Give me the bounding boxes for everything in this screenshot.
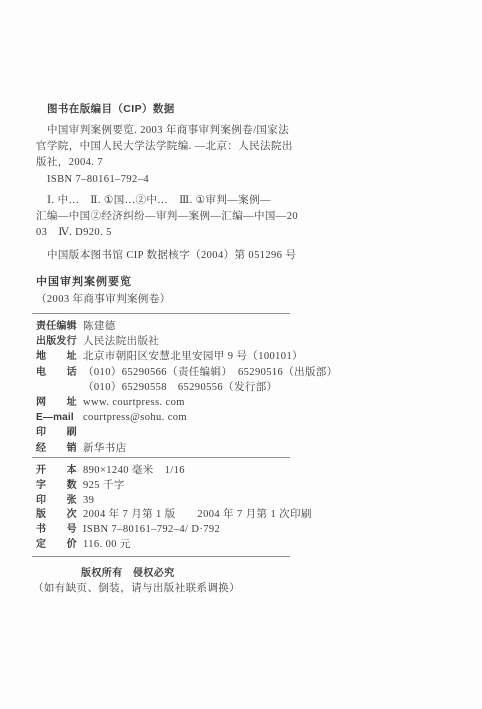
info-row-label: 印 刷: [36, 425, 77, 440]
cip-classification-line: Ⅰ. 中… Ⅱ. ①国…②中… Ⅲ. ①审判—案例—: [36, 193, 298, 209]
copyright-page: 图书在版编目（CIP）数据 中国审判案例要览. 2003 年商事审判案例卷/国家…: [0, 0, 482, 709]
cip-description: 中国审判案例要览. 2003 年商事审判案例卷/国家法 官学院，中国人民大学法学…: [36, 123, 293, 171]
divider-rule: [32, 556, 290, 557]
info-row: 开 本 890×1240 毫米 1/16: [36, 464, 312, 479]
cip-description-line: 官学院，中国人民大学法学院编. —北京：人民法院出: [36, 139, 293, 155]
info-row: 电 话 （010）65290566（责任编辑） 65290516（出版部）: [36, 365, 338, 380]
info-row-label: 字 数: [36, 479, 77, 494]
info-row-label: 版 次: [36, 508, 77, 523]
publication-info: 责任编辑 陈建德 出版发行 人民法院出版社 地 址 北京市朝阳区安慧北里安园甲 …: [36, 319, 338, 456]
info-row-value: 39: [83, 494, 94, 509]
book-title: 中国审判案例要览: [36, 273, 132, 289]
info-row-value: 116. 00 元: [83, 538, 131, 553]
info-row: 地 址 北京市朝阳区安慧北里安园甲 9 号（100101）: [36, 349, 338, 364]
info-row-label: [36, 380, 77, 395]
info-row-value: 2004 年 7 月第 1 版 2004 年 7 月第 1 次印刷: [83, 508, 312, 523]
info-row-label: E—mail: [36, 410, 77, 425]
info-row-label: 网 址: [36, 395, 77, 410]
info-row-value: www. courtpress. com: [83, 395, 185, 410]
info-row-value: 人民法院出版社: [83, 334, 159, 349]
info-row-label: 开 本: [36, 464, 77, 479]
info-row-value: 北京市朝阳区安慧北里安园甲 9 号（100101）: [83, 349, 303, 364]
divider-rule: [32, 457, 290, 458]
cip-record-number: 中国版本图书馆 CIP 数据核字（2004）第 051296 号: [36, 247, 296, 262]
info-row: 责任编辑 陈建德: [36, 319, 338, 334]
info-row-label: 电 话: [36, 365, 77, 380]
info-row: E—mail courtpress@sohu. com: [36, 410, 338, 425]
cip-heading: 图书在版编目（CIP）数据: [36, 101, 175, 116]
info-row-label: 地 址: [36, 349, 77, 364]
info-row: 出版发行 人民法院出版社: [36, 334, 338, 349]
info-row: 定 价 116. 00 元: [36, 538, 312, 553]
info-row: 印 刷: [36, 425, 338, 440]
info-row: （010）65290558 65290556（发行部）: [36, 380, 338, 395]
info-row: 字 数 925 千字: [36, 479, 312, 494]
info-row-value: （010）65290558 65290556（发行部）: [83, 380, 278, 395]
info-row-label: 经 销: [36, 441, 77, 456]
info-row: 印 张 39: [36, 494, 312, 509]
info-row-label: 定 价: [36, 538, 77, 553]
cip-classification-line: 03 Ⅳ. D920. 5: [36, 225, 298, 241]
info-row-value: 925 千字: [83, 479, 125, 494]
divider-rule: [32, 313, 290, 314]
cip-classification: Ⅰ. 中… Ⅱ. ①国…②中… Ⅲ. ①审判—案例— 汇编—中国②经济纠纷—审判…: [36, 193, 298, 241]
cip-description-line: 中国审判案例要览. 2003 年商事审判案例卷/国家法: [36, 123, 293, 139]
info-row: 版 次 2004 年 7 月第 1 版 2004 年 7 月第 1 次印刷: [36, 508, 312, 523]
info-row-value: 新华书店: [83, 441, 127, 456]
info-row-value: 陈建德: [83, 319, 116, 334]
book-subtitle: （2003 年商事审判案例卷）: [36, 291, 171, 306]
info-row-value: courtpress@sohu. com: [83, 410, 187, 425]
info-row-value: 890×1240 毫米 1/16: [83, 464, 185, 479]
info-row-label: 印 张: [36, 494, 77, 509]
copyright-notice: 版权所有 侵权必究: [33, 564, 175, 579]
print-info: 开 本 890×1240 毫米 1/16 字 数 925 千字 印 张 39 版…: [36, 464, 312, 553]
replacement-note: （如有缺页、倒装，请与出版社联系调换）: [33, 580, 240, 595]
info-row: 经 销 新华书店: [36, 441, 338, 456]
info-row: 书 号 ISBN 7–80161–792–4/ D·792: [36, 523, 312, 538]
info-row-value: （010）65290566（责任编辑） 65290516（出版部）: [83, 365, 338, 380]
info-row-label: 出版发行: [36, 334, 77, 349]
info-row-label: 责任编辑: [36, 319, 77, 334]
info-row: 网 址 www. courtpress. com: [36, 395, 338, 410]
cip-isbn: ISBN 7–80161–792–4: [36, 174, 149, 185]
info-row-value: ISBN 7–80161–792–4/ D·792: [83, 523, 220, 538]
cip-description-line: 版社，2004. 7: [36, 155, 293, 171]
info-row-label: 书 号: [36, 523, 77, 538]
cip-classification-line: 汇编—中国②经济纠纷—审判—案例—汇编—中国—20: [36, 209, 298, 225]
